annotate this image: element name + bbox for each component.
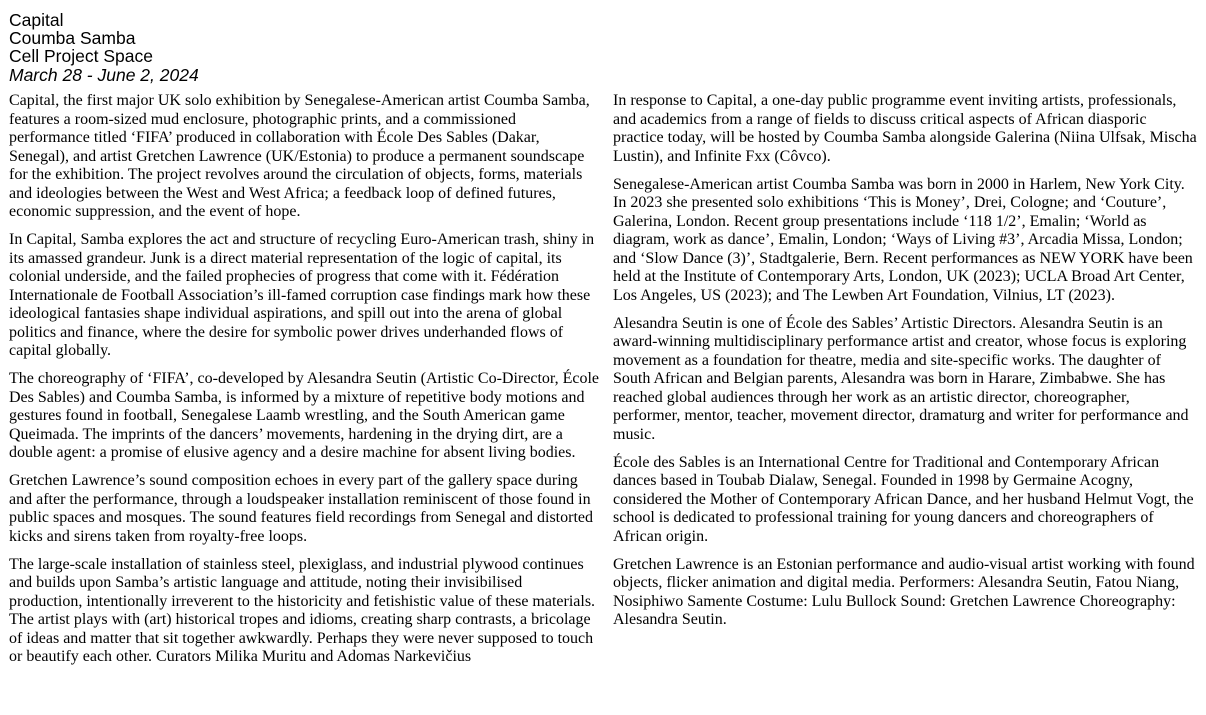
paragraph-public-programme: In response to Capital, a one-day public… <box>613 92 1198 166</box>
exhibition-dates: March 28 - June 2, 2024 <box>9 66 199 84</box>
paragraph-artist-bio: Senegalese-American artist Coumba Samba … <box>613 176 1198 306</box>
paragraph-recycling: In Capital, Samba explores the act and s… <box>9 231 599 361</box>
paragraph-credits: Gretchen Lawrence is an Estonian perform… <box>613 556 1198 630</box>
artist-name: Coumba Samba <box>9 29 199 47</box>
right-column: In response to Capital, a one-day public… <box>613 92 1198 639</box>
paragraph-intro: Capital, the first major UK solo exhibit… <box>9 92 599 222</box>
left-column: Capital, the first major UK solo exhibit… <box>9 92 599 676</box>
venue-name: Cell Project Space <box>9 47 199 65</box>
paragraph-sound: Gretchen Lawrence’s sound composition ec… <box>9 472 599 546</box>
paragraph-seutin-bio: Alesandra Seutin is one of École des Sab… <box>613 315 1198 445</box>
paragraph-ecole-des-sables: École des Sables is an International Cen… <box>613 454 1198 547</box>
exhibition-title: Capital <box>9 11 199 29</box>
paragraph-installation: The large-scale installation of stainles… <box>9 556 599 667</box>
exhibition-header: Capital Coumba Samba Cell Project Space … <box>9 11 199 84</box>
paragraph-choreography: The choreography of ‘FIFA’, co-developed… <box>9 370 599 463</box>
